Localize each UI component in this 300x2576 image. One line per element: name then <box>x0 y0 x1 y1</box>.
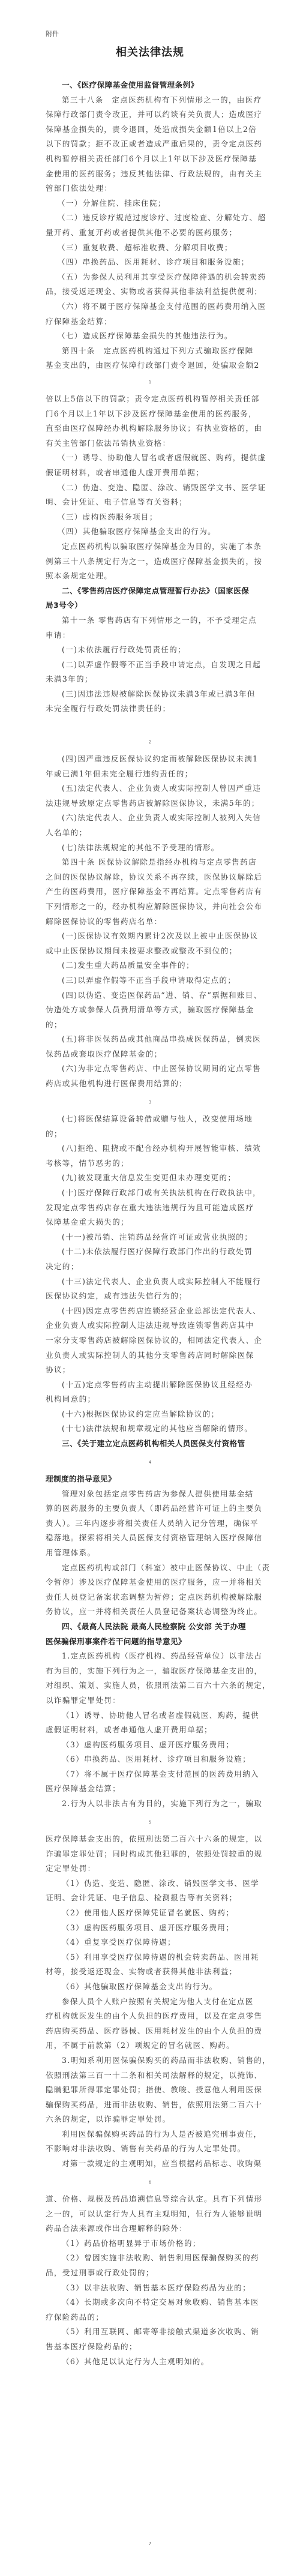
section-heading: 二、《零售药店医疗保障定点管理暂行办法》（国家医保 <box>46 584 254 599</box>
page-body: 一、《医疗保障基金使用监督管理条例》第三十八条 定点医药机构有下列情形之一的，由… <box>46 78 254 373</box>
text-line: （二）违反诊疗规范过度诊疗、过度检查、分解处方、超 <box>46 211 254 226</box>
text-line: （1）药品价格明显异于市场价格的； <box>46 2236 254 2251</box>
text-line: 企业负责人或实际控制人违法违规导致连锁零售药店其中 <box>46 1318 254 1333</box>
text-line: 有关主管部门依法吊销执业资格： <box>46 436 254 451</box>
text-line: 照本条规定处理。 <box>46 569 254 584</box>
text-line: 算的医药服务的主要负责人（即药品经营许可证上的主要负 <box>46 1501 254 1516</box>
text-line: 定点医药机构或部门（科室）被中止医保协议、中止（责 <box>46 1561 254 1576</box>
text-line: （一）分解住院、挂床住院； <box>46 196 254 211</box>
text-line: （3）以非法收购、销售基本医疗保险药品为业的； <box>46 2281 254 2296</box>
text-line: （1）诱导、协助他人冒名或者虚假就医、购药，提供 <box>46 1708 254 1723</box>
page-body: 理制度的指导意见》管理对象包括定点零售药店为参保人提供使用基金结算的医药服务的主… <box>46 1472 254 1812</box>
text-line: 管理对象包括定点零售药店为参保人提供使用基金结 <box>46 1487 254 1502</box>
text-line: (一)医保协议有效期内累计2次及以上被中止医保协议 <box>46 929 254 944</box>
text-line: 保障基金重大损失的； <box>46 1215 254 1230</box>
section-heading: 四、《最高人民法院 最高人民检察院 公安部 关于办理 <box>46 1620 254 1635</box>
page-number: 7 <box>0 2541 300 2546</box>
text-line: 品，受过刑事或行政处罚的； <box>46 2266 254 2281</box>
text-line: (十四)因定点零售药店连锁经营企业总部法定代表人、 <box>46 1304 254 1319</box>
text-line: 门6个月以上1年以下涉及医疗保障基金使用的医药服务， <box>46 407 254 422</box>
document: 附件 相关法律法规 一、《医疗保障基金使用监督管理条例》第三十八条 定点医药机构… <box>0 0 300 2576</box>
page: (七)将医保结算设备转借或赠与他人，改变使用场地的；(八)拒绝、阻挠或不配合经办… <box>0 1110 300 1470</box>
text-line: 材等，接受返还现金、实物或者获得其他非法利益； <box>46 1965 254 1980</box>
text-line: 第四十条 医保协议解除是指经办机构与定点零售药店 <box>46 855 254 870</box>
text-line: （四）串换药品、医用耗材、诊疗项目和服务设施； <box>46 255 254 270</box>
text-line: (二)以弄虚作假等不正当手段申请定点，自发现之日起 <box>46 658 254 673</box>
text-line: 有为目的，实施下列行为之一，骗取医疗保障基金支出的， <box>46 1664 254 1679</box>
text-line: 人名单的； <box>46 826 254 841</box>
section-heading: 一、《医疗保障基金使用监督管理条例》 <box>46 78 254 93</box>
text-line: (五)将非医保药品或其他商品串换成医保药品，倒卖医 <box>46 1032 254 1047</box>
text-line: （7）将不属于医疗保障基金支付范围的医药费用纳入 <box>46 1767 254 1782</box>
text-line: 的； <box>46 1127 254 1142</box>
text-line: （2）曾因实施非法收购、销售利用医保骗保购买的药 <box>46 2251 254 2266</box>
text-line: (六)法定代表人、企业负责人或实际控制人被列入失信 <box>46 811 254 826</box>
text-line: 令暂停）涉及医疗保障基金使用的医疗服务，应一并将相关 <box>46 1575 254 1590</box>
text-line: 证明、会计凭证、电子信息、检测报告等有关资料； <box>46 1891 254 1906</box>
text-line: 以诈骗罪定罪处罚： <box>46 1693 254 1708</box>
page-body: 道、价格、规模及药品追溯信息等综合认定。具有下列情形之一的，可以认定行为人具有主… <box>46 2192 254 2369</box>
text-line: （三）重复收费、超标准收费、分解项目收费； <box>46 241 254 256</box>
text-line: 医疗保障基金结算； <box>46 1782 254 1797</box>
text-line: 伪造处方或参保人员费用清单等方式，骗取医疗保障基金 <box>46 1003 254 1018</box>
text-line: （六）将不属于医疗保障基金支付范围的医药费用纳入医 <box>46 299 254 314</box>
text-line: 的； <box>46 1018 254 1033</box>
text-line: 基金支出的，由医疗保障行政部门责令退回，处骗取金额2 <box>46 358 254 373</box>
text-line: 对第一款规定的主观明知，应当根据药品标志、收购渠 <box>46 2157 254 2172</box>
page-number: 2 <box>0 740 300 745</box>
text-line: 下列情形之一的，经办机构应解除医保协议，并向社会公布 <box>46 899 254 914</box>
text-line: 用，不属于前款第（2）项规定的冒名就医、购药。 <box>46 2038 254 2053</box>
page-number: 1 <box>0 380 300 385</box>
text-line: 疗保险药品的； <box>46 2310 254 2325</box>
text-line: 一家分支零售药店被解除医保协议的，相同法定代表人、企 <box>46 1333 254 1348</box>
page: (四)因严重违反医保协议约定而被解除医保协议未满1年或已满1年但未完全履行违约责… <box>0 750 300 1110</box>
text-line: 药品合法来源或作出合理解释的除外： <box>46 2221 254 2236</box>
text-line: 医保协议约定，或有违法失信行为的； <box>46 1289 254 1304</box>
page-body: 倍以上5倍以下的罚款；责令定点医药机构暂停相关责任部门6个月以上1年以下涉及医疗… <box>46 392 254 716</box>
page-body: 医疗保障基金支出的，依照刑法第二百六十六条的规定，以诈骗罪定罪处罚；同时构成其他… <box>46 1832 254 2172</box>
text-line: 未满3年的； <box>46 672 254 687</box>
text-line: 药店购买药品、医疗器械、医用耗材发生的由个人负担的费 <box>46 2024 254 2039</box>
text-line: 考核等，情节恶劣的； <box>46 1156 254 1171</box>
text-line: 疗机构就医发生的由个人负担的医疗费用，以及在定点零售 <box>46 2009 254 2024</box>
section-heading: 三、《关于建立定点医药机构相关人员医保支付资格管 <box>46 1437 254 1452</box>
text-line: (十五)定点零售药店主动提出解除医保协议且经经办 <box>46 1378 254 1393</box>
text-line: （七）造成医疗保障基金损失的其他违法行为。 <box>46 329 254 344</box>
text-line: 参保人员个人账户按照有关规定为他人支付在定点医 <box>46 1995 254 2010</box>
text-line: 定点医药机构以骗取医疗保障基金为目的，实施了本条 <box>46 539 254 554</box>
page: 道、价格、规模及药品追溯信息等综合认定。具有下列情形之一的，可以认定行为人具有主… <box>0 2190 300 2576</box>
text-line: 用管理体系。 <box>46 1546 254 1561</box>
text-line: 量开药、重复开药或者提供其他不必要的医药服务； <box>46 226 254 241</box>
text-line: 虚假证明材料，或者串通他人虚开费用单据； <box>46 1723 254 1738</box>
text-line: 2.行为人以非法占有为目的，实施下列行为之一，骗取 <box>46 1797 254 1812</box>
text-line: (十三)法定代表人、企业负责人或实际控制人不能履行 <box>46 1274 254 1290</box>
text-line: 不影响对非法收购、销售有关药品的行为人定罪处罚。 <box>46 2142 254 2157</box>
text-line: (四)因严重违反医保协议约定而被解除医保协议未满1 <box>46 752 254 767</box>
text-line: 申请： <box>46 628 254 643</box>
text-line: (七)法律法规规定的其他不予受理的情形。 <box>46 841 254 856</box>
text-line: 保药品或套取医疗保障基金的； <box>46 1047 254 1062</box>
text-line: 品，接受返还现金、实物或者获得其他非法利益提供便利； <box>46 284 254 299</box>
text-line: 例第三十八条规定行为之一，造成医疗保障基金损失的，按 <box>46 554 254 569</box>
text-line: 道、价格、规模及药品追溯信息等综合认定。具有下列情形 <box>46 2192 254 2207</box>
text-line: (一)未依法履行行政处罚责任的； <box>46 643 254 658</box>
text-line: (十二)未依法履行医疗保障行政部门作出的行政处罚 <box>46 1244 254 1259</box>
text-line: 责人）。三年内逐步将相关责任人员纳入记分管理，确保平 <box>46 1516 254 1531</box>
text-line: (十一)被吊销、注销药品经营许可证或营业执照的； <box>46 1230 254 1245</box>
text-line: 发现定点零售药店存在重大违法违规行为且可能造成医疗 <box>46 1201 254 1216</box>
text-line: （二）伪造、变造、隐匿、涂改、销毁医学文书、医学证 <box>46 481 254 496</box>
text-line: 3.明知系利用医保骗保购买的药品而非法收购、销售的， <box>46 2053 254 2068</box>
text-line: 倍以上5倍以下的罚款；责令定点医药机构暂停相关责任部 <box>46 392 254 407</box>
section-heading: 理制度的指导意见》 <box>46 1472 254 1487</box>
page-number: 5 <box>0 1820 300 1825</box>
text-line: 管部门依法处理： <box>46 181 254 196</box>
text-line: （3）虚构医药服务项目、虚开医疗服务费用； <box>46 1738 254 1753</box>
text-line: 保障基金损失的，责令退回，处造成损失金额1倍以上2倍 <box>46 122 254 137</box>
text-line: （三）虚构医药服务项目； <box>46 510 254 525</box>
text-line: 解除医保协议的零售药店名单： <box>46 914 254 929</box>
text-line: 诈骗罪定罪处罚；同时构成其他犯罪的，依照处罚较重的规 <box>46 1847 254 1862</box>
text-line: 利用医保骗保购买药品的行为人是否被追究刑事责任， <box>46 2127 254 2142</box>
text-line: (八)拒绝、阻挠或不配合经办机构开展智能审核、绩效 <box>46 1141 254 1156</box>
text-line: (二)发生重大药品质量安全事件的； <box>46 958 254 973</box>
text-line: (五)法定代表人、企业负责人或实际控制人曾因严重违 <box>46 781 254 796</box>
text-line: （5）利用享受医疗保障待遇的机会转卖药品、医用耗 <box>46 1950 254 1965</box>
text-line: (十六)根据医保协议约定应当解除协议的； <box>46 1407 254 1422</box>
text-line: (十)医疗保障行政部门或有关执法机构在行政执法中， <box>46 1186 254 1201</box>
text-line: 以下的罚款；拒不改正或者造成严重后果的，责令定点医药 <box>46 137 254 152</box>
page-body: (四)因严重违反医保协议约定而被解除医保协议未满1年或已满1年但未完全履行违约责… <box>46 752 254 1091</box>
text-line: 之间的医保协议解除，协议关系不再存续，医保协议解除后 <box>46 870 254 885</box>
section-heading: 局3号令） <box>46 598 254 613</box>
text-line: （6）串换药品、医用耗材、诊疗项目和服务设施； <box>46 1752 254 1767</box>
text-line: 定定罪处罚： <box>46 1861 254 1876</box>
text-line: 对组织、策划、实施人员，依照刑法第二百六十六条的规定， <box>46 1678 254 1693</box>
page: 附件 相关法律法规 一、《医疗保障基金使用监督管理条例》第三十八条 定点医药机构… <box>0 0 300 390</box>
text-line: 责任人员登记备案状态调整为暂停；定点医药机构被解除服 <box>46 1590 254 1605</box>
text-line: 未完全履行行政处罚法律责任的； <box>46 701 254 716</box>
text-line: 1.定点医药机构（医疗机构、药品经营单位）以非法占 <box>46 1649 254 1664</box>
text-line: （6）其他足以认定行为人主观明知的。 <box>46 2355 254 2370</box>
text-line: （五）为参保人员利用其享受医疗保障待遇的机会转卖药 <box>46 270 254 285</box>
text-line: 机构暂停相关责任部门6个月以上1年以下涉及医疗保障基 <box>46 152 254 167</box>
text-line: (四)以伪造、变造医保药品“进、销、存”票据和账目、 <box>46 988 254 1003</box>
page-body: (七)将医保结算设备转借或赠与他人，改变使用场地的；(八)拒绝、阻挠或不配合经办… <box>46 1112 254 1452</box>
text-line: 年或已满1年但未完全履行违约责任的； <box>46 767 254 782</box>
text-line: 产生的医药费用，医疗保障基金不再结算。定点零售药店有 <box>46 884 254 899</box>
text-line: 保障行政部门责令改正，并可以约谈有关负责人；造成医疗 <box>46 107 254 122</box>
text-line: 直至由医疗保障经办机构解除服务协议；有执业资格的，由 <box>46 421 254 436</box>
text-line: 依照刑法第三百一十二条和相关司法解释的规定，以掩饰、 <box>46 2068 254 2083</box>
text-line: （3）虚构医药服务项目、虚开医疗服务费用； <box>46 1921 254 1936</box>
text-line: (七)将医保结算设备转借或赠与他人，改变使用场地 <box>46 1112 254 1127</box>
section-heading: 医保骗保刑事案件若干问题的指导意见》 <box>46 1635 254 1650</box>
page: 理制度的指导意见》管理对象包括定点零售药店为参保人提供使用基金结算的医药服务的主… <box>0 1470 300 1830</box>
text-line: 第十一条 零售药店有下列情形之一的，不予受理定点 <box>46 613 254 628</box>
text-line: （一）诱导、协助他人冒名或者虚假就医、购药，提供虚 <box>46 451 254 466</box>
text-line: 售基本医疗保险药品的； <box>46 2340 254 2355</box>
text-line: 金使用的医药服务；违反其他法律、行政法规的，由有关主 <box>46 167 254 182</box>
text-line: 决定的； <box>46 1259 254 1274</box>
text-line: （四）其他骗取医疗保障基金支出的行为。 <box>46 524 254 539</box>
text-line: (九)被发现重大信息发生变更但未办理变更的； <box>46 1171 254 1186</box>
text-line: （2）使用他人医疗保障凭证冒名就医、购药； <box>46 1906 254 1921</box>
document-title: 相关法律法规 <box>46 41 254 65</box>
text-line: 第四十条 定点医药机构通过下列方式骗取医疗保障 <box>46 344 254 359</box>
text-line: (三)因违法违规被解除医保协议未满3年或已满3年但 <box>46 687 254 702</box>
page: 医疗保障基金支出的，依照刑法第二百六十六条的规定，以诈骗罪定罪处罚；同时构成其他… <box>0 1830 300 2190</box>
text-line: 之一的，可以认定行为人具有主观明知，但行为人能够说明 <box>46 2207 254 2222</box>
text-line: （4）重复享受医疗保障待遇； <box>46 1935 254 1950</box>
page-number: 6 <box>0 2180 300 2185</box>
page-number: 4 <box>0 1460 300 1465</box>
text-line: （5）利用互联网、邮寄等非接触式渠道多次收购、销 <box>46 2325 254 2340</box>
text-line: (三)以弄虚作假等不正当手段申请取得定点的； <box>46 973 254 988</box>
text-line: 协议； <box>46 1363 254 1378</box>
page: 倍以上5倍以下的罚款；责令定点医药机构暂停相关责任部门6个月以上1年以下涉及医疗… <box>0 390 300 750</box>
text-line: (十七)法律法规和规章规定的其他应当解除的情形。 <box>46 1422 254 1437</box>
text-line: 法违规导致原定点零售药店被解除医保协议，未满5年的； <box>46 796 254 811</box>
text-line: 假证明材料，或者串通他人虚开费用单据； <box>46 466 254 481</box>
text-line: 稳落地。探索将相关人员医保支付资格管理纳入医疗保障信 <box>46 1531 254 1546</box>
text-line: (六)为非定点零售药店、中止医保协议期间的定点零售 <box>46 1061 254 1076</box>
text-line: 药店或其他机构进行医保费用结算的； <box>46 1076 254 1091</box>
text-line: （1）伪造、变造、隐匿、涂改、销毁医学文书、医学 <box>46 1876 254 1891</box>
text-line: 业负责人或实际控制人的其他分支零售药店同时解除医保 <box>46 1348 254 1363</box>
text-line: 第三十八条 定点医药机构有下列情形之一的，由医疗 <box>46 93 254 108</box>
text-line: 骗保购买药品，进而非法收购、销售，依照刑法第二百六十 <box>46 2098 254 2113</box>
text-line: （6）其他骗取医疗保障基金支出的行为。 <box>46 1980 254 1995</box>
text-line: 机构同意的； <box>46 1392 254 1407</box>
text-line: 务协议，应一并将相关责任人员登记备案状态调整为终止。 <box>46 1605 254 1620</box>
text-line: 明、会计凭证、电子信息等有关资料； <box>46 495 254 510</box>
text-line: （4）长期或多次向不特定交易对象收购、销售基本医 <box>46 2295 254 2310</box>
text-line: 医疗保障基金支出的，依照刑法第二百六十六条的规定，以 <box>46 1832 254 1847</box>
text-line: 隐瞒犯罪所得罪定罪处罚；指使、教唆、授意他人利用医保 <box>46 2083 254 2098</box>
attachment-label: 附件 <box>46 29 254 40</box>
text-line: 六条的规定，以诈骗罪定罪处罚。 <box>46 2112 254 2127</box>
page-number: 3 <box>0 1100 300 1105</box>
text-line: 或中止医保协议期间未按要求整改或整改不到位的； <box>46 944 254 959</box>
text-line: 疗保障基金结算； <box>46 314 254 329</box>
